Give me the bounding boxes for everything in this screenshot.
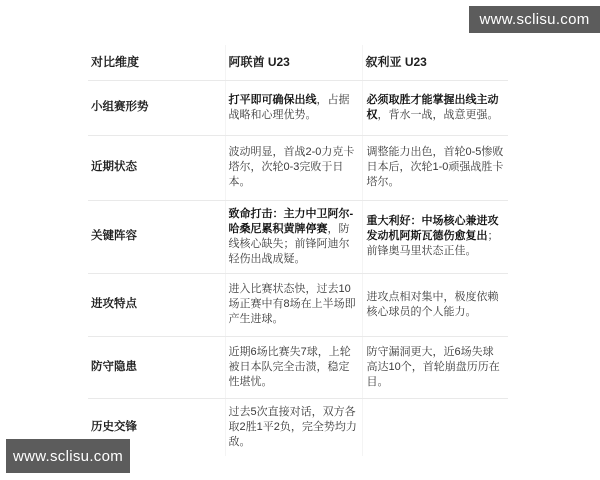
page: www.sclisu.com 对比维度 阿联酋 U23 叙利亚 U23 小组赛形… bbox=[0, 0, 600, 480]
uae-text: 过去5次直接对话，双方各取2胜1平2负，完全势均力敌。 bbox=[229, 406, 357, 448]
uae-cell: 致命打击：主力中卫阿尔-哈桑尼累积黄牌停赛，防线核心缺失；前锋阿迪尔轻伤出战成疑… bbox=[225, 200, 362, 273]
syria-cell: 重大利好：中场核心兼进攻发动机阿斯瓦德伤愈复出；前锋奥马里状态正佳。 bbox=[362, 200, 508, 273]
syria-text: 调整能力出色，首轮0-5惨败日本后，次轮1-0顽强战胜卡塔尔。 bbox=[367, 146, 504, 188]
table-row: 进攻特点 进入比赛状态快，过去10场正赛中有8场在上半场即产生进球。 进攻点相对… bbox=[88, 273, 508, 336]
syria-text: 防守漏洞更大，近6场失球高达10个，首轮崩盘历历在目。 bbox=[367, 346, 500, 388]
table-row: 历史交锋 过去5次直接对话，双方各取2胜1平2负，完全势均力敌。 bbox=[88, 398, 508, 456]
dimension-label: 近期状态 bbox=[88, 135, 225, 200]
dimension-label: 关键阵容 bbox=[88, 200, 225, 273]
header-dimension: 对比维度 bbox=[88, 45, 225, 80]
uae-text: 波动明显，首战2-0力克卡塔尔，次轮0-3完败于日本。 bbox=[229, 146, 355, 188]
syria-text: 进攻点相对集中，极度依赖核心球员的个人能力。 bbox=[367, 291, 499, 318]
syria-cell bbox=[362, 398, 508, 456]
dimension-label: 进攻特点 bbox=[88, 273, 225, 336]
dimension-label: 防守隐患 bbox=[88, 336, 225, 398]
comparison-table: 对比维度 阿联酋 U23 叙利亚 U23 小组赛形势 打平即可确保出线，占据战略… bbox=[88, 45, 508, 456]
header-syria: 叙利亚 U23 bbox=[362, 45, 508, 80]
header-uae: 阿联酋 U23 bbox=[225, 45, 362, 80]
syria-highlight: 重大利好：中场核心兼进攻发动机阿斯瓦德伤愈复出 bbox=[367, 215, 499, 242]
uae-highlight: 打平即可确保出线 bbox=[229, 94, 317, 106]
syria-text: ，背水一战，战意更强。 bbox=[378, 109, 499, 121]
table-row: 关键阵容 致命打击：主力中卫阿尔-哈桑尼累积黄牌停赛，防线核心缺失；前锋阿迪尔轻… bbox=[88, 200, 508, 273]
syria-cell: 调整能力出色，首轮0-5惨败日本后，次轮1-0顽强战胜卡塔尔。 bbox=[362, 135, 508, 200]
syria-cell: 必须取胜才能掌握出线主动权，背水一战，战意更强。 bbox=[362, 80, 508, 135]
uae-cell: 打平即可确保出线，占据战略和心理优势。 bbox=[225, 80, 362, 135]
uae-cell: 波动明显，首战2-0力克卡塔尔，次轮0-3完败于日本。 bbox=[225, 135, 362, 200]
uae-cell: 过去5次直接对话，双方各取2胜1平2负，完全势均力敌。 bbox=[225, 398, 362, 456]
syria-cell: 进攻点相对集中，极度依赖核心球员的个人能力。 bbox=[362, 273, 508, 336]
syria-cell: 防守漏洞更大，近6场失球高达10个，首轮崩盘历历在目。 bbox=[362, 336, 508, 398]
table-row: 小组赛形势 打平即可确保出线，占据战略和心理优势。 必须取胜才能掌握出线主动权，… bbox=[88, 80, 508, 135]
dimension-label: 小组赛形势 bbox=[88, 80, 225, 135]
uae-text: 进入比赛状态快，过去10场正赛中有8场在上半场即产生进球。 bbox=[229, 283, 356, 325]
table-row: 防守隐患 近期6场比赛失7球，上轮被日本队完全击溃，稳定性堪忧。 防守漏洞更大，… bbox=[88, 336, 508, 398]
watermark-bottom: www.sclisu.com bbox=[6, 439, 130, 473]
watermark-top: www.sclisu.com bbox=[469, 6, 600, 33]
header-row: 对比维度 阿联酋 U23 叙利亚 U23 bbox=[88, 45, 508, 80]
uae-text: 近期6场比赛失7球，上轮被日本队完全击溃，稳定性堪忧。 bbox=[229, 346, 351, 388]
uae-cell: 近期6场比赛失7球，上轮被日本队完全击溃，稳定性堪忧。 bbox=[225, 336, 362, 398]
uae-cell: 进入比赛状态快，过去10场正赛中有8场在上半场即产生进球。 bbox=[225, 273, 362, 336]
table-row: 近期状态 波动明显，首战2-0力克卡塔尔，次轮0-3完败于日本。 调整能力出色，… bbox=[88, 135, 508, 200]
